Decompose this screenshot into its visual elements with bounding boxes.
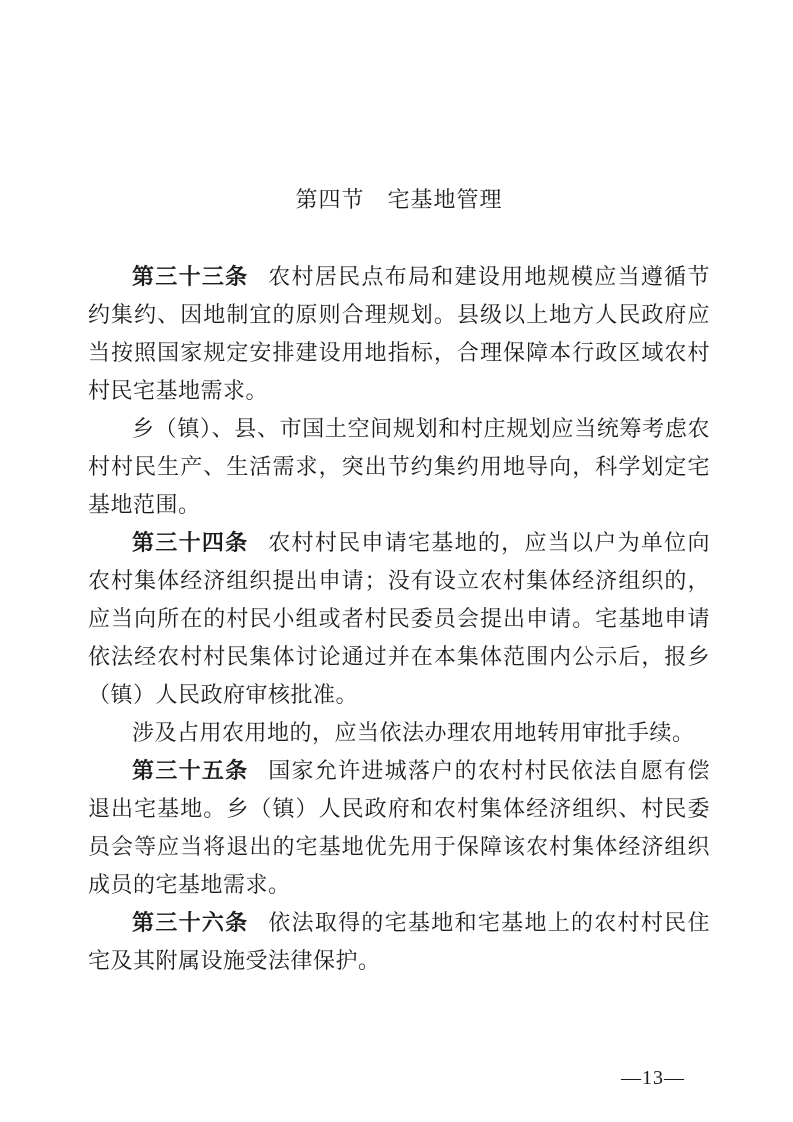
article-paragraph: 乡（镇）、县、市国土空间规划和村庄规划应当统筹考虑农村村民生产、生活需求，突出节… [88, 410, 710, 524]
article-paragraph: 第三十四条农村村民申请宅基地的，应当以户为单位向农村集体经济组织提出申请；没有设… [88, 524, 710, 714]
article-paragraph: 第三十六条依法取得的宅基地和宅基地上的农村村民住宅及其附属设施受法律保护。 [88, 904, 710, 980]
article-paragraph: 第三十五条国家允许进城落户的农村村民依法自愿有偿退出宅基地。乡（镇）人民政府和农… [88, 752, 710, 904]
article-number: 第三十六条 [132, 910, 248, 935]
article-number: 第三十三条 [132, 264, 248, 289]
document-body: 第三十三条农村居民点布局和建设用地规模应当遵循节约集约、因地制宜的原则合理规划。… [88, 258, 710, 980]
page-number: —13— [621, 1068, 685, 1088]
article-text: 乡（镇）、县、市国土空间规划和村庄规划应当统筹考虑农村村民生产、生活需求，突出节… [88, 416, 710, 517]
article-paragraph: 第三十三条农村居民点布局和建设用地规模应当遵循节约集约、因地制宜的原则合理规划。… [88, 258, 710, 410]
article-number: 第三十五条 [132, 758, 248, 783]
article-number: 第三十四条 [132, 530, 248, 555]
section-title: 第四节 宅基地管理 [88, 185, 710, 215]
article-text: 农村村民申请宅基地的，应当以户为单位向农村集体经济组织提出申请；没有设立农村集体… [88, 530, 710, 707]
article-paragraph: 涉及占用农用地的，应当依法办理农用地转用审批手续。 [88, 714, 710, 752]
article-text: 涉及占用农用地的，应当依法办理农用地转用审批手续。 [132, 720, 695, 745]
document-page: 第四节 宅基地管理 第三十三条农村居民点布局和建设用地规模应当遵循节约集约、因地… [0, 0, 793, 1122]
